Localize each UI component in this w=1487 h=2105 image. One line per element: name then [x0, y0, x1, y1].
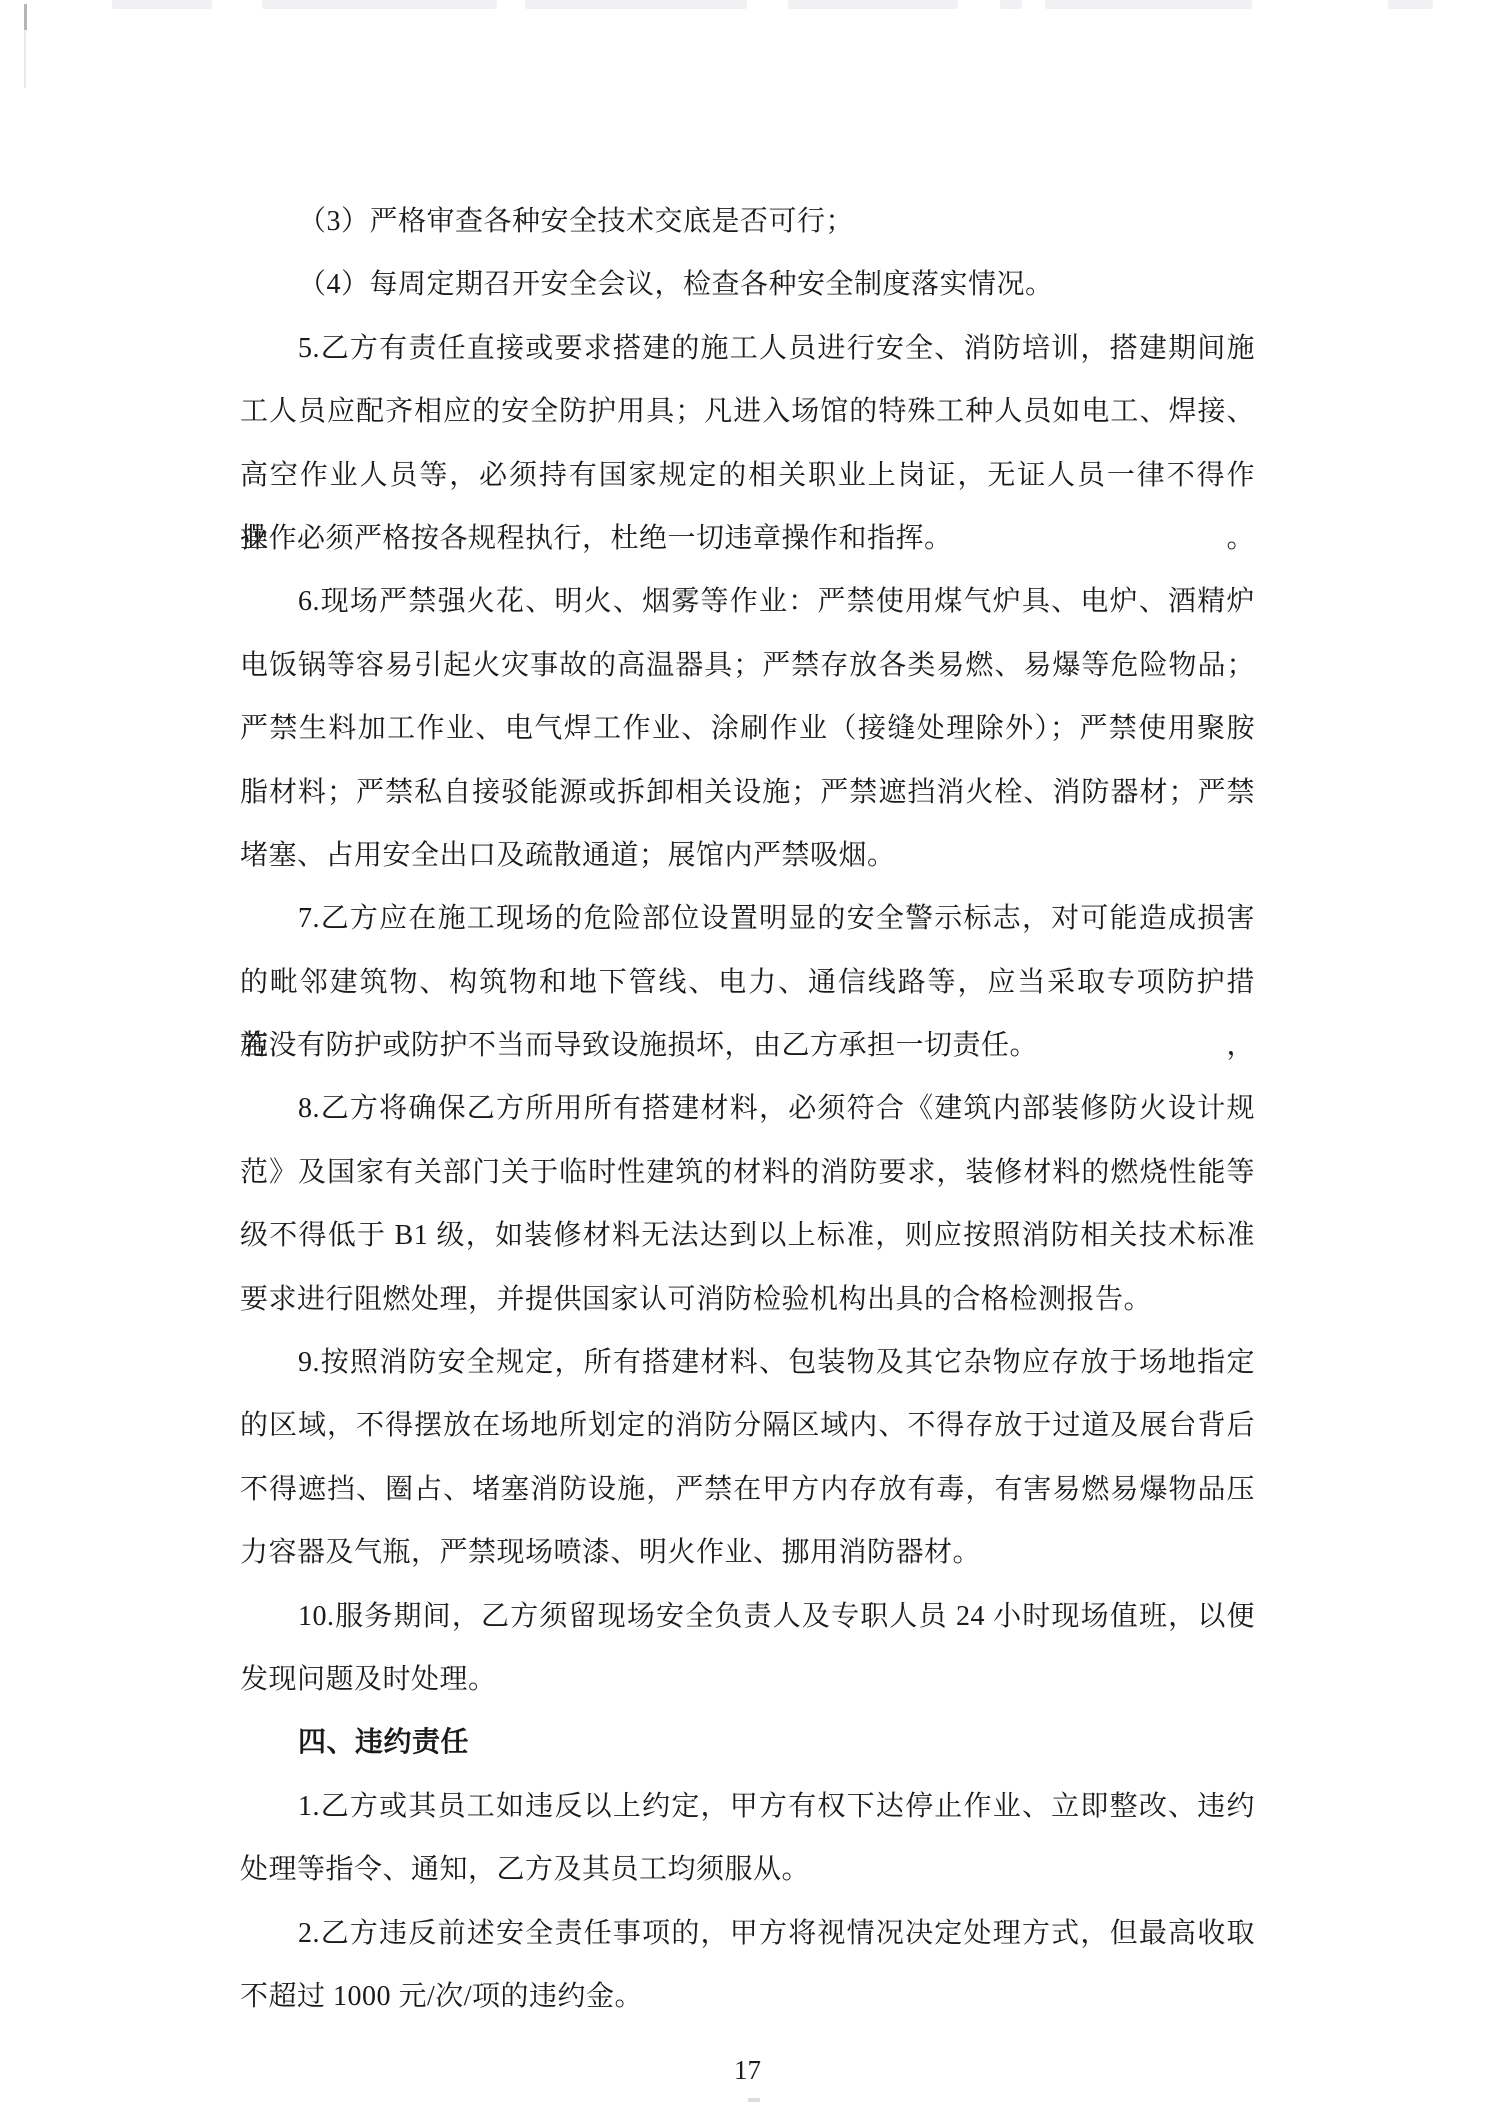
text-line: （4）每周定期召开安全会议，检查各种安全制度落实情况。: [240, 253, 1255, 316]
text-line: 级不得低于 B1 级，如装修材料无法达到以上标准，则应按照消防相关技术标准: [240, 1204, 1255, 1267]
text-line: 堵塞、占用安全出口及疏散通道；展馆内严禁吸烟。: [240, 824, 1255, 887]
text-line: 2.乙方违反前述安全责任事项的，甲方将视情况决定处理方式，但最高收取: [240, 1902, 1255, 1965]
scan-artifact-segment: [788, 0, 958, 9]
scan-artifact-segment: [1045, 0, 1252, 9]
text-line: 10.服务期间，乙方须留现场安全负责人及专职人员 24 小时现场值班，以便: [240, 1585, 1255, 1648]
text-line: 7.乙方应在施工现场的危险部位设置明显的安全警示标志，对可能造成损害: [240, 887, 1255, 950]
text-line: 1.乙方或其员工如违反以上约定，甲方有权下达停止作业、立即整改、违约: [240, 1775, 1255, 1838]
scan-artifact-tick: [24, 4, 27, 30]
text-line: 不超过 1000 元/次/项的违约金。: [240, 1965, 1255, 2028]
text-line: 的区域，不得摆放在场地所划定的消防分隔区域内、不得存放于过道及展台背后: [240, 1394, 1255, 1457]
text-line: 5.乙方有责任直接或要求搭建的施工人员进行安全、消防培训，搭建期间施: [240, 317, 1255, 380]
scan-artifact-mark: [748, 2098, 760, 2102]
text-line: 6.现场严禁强火花、明火、烟雾等作业：严禁使用煤气炉具、电炉、酒精炉: [240, 570, 1255, 633]
text-line: 脂材料；严禁私自接驳能源或拆卸相关设施；严禁遮挡消火栓、消防器材；严禁: [240, 761, 1255, 824]
scan-artifact-segment: [525, 0, 747, 9]
text-line: 9.按照消防安全规定，所有搭建材料、包装物及其它杂物应存放于场地指定: [240, 1331, 1255, 1394]
text-line: 电饭锅等容易引起火灾事故的高温器具；严禁存放各类易燃、易爆等危险物品；: [240, 634, 1255, 697]
scan-artifact-band: [0, 0, 1487, 14]
text-line: 的毗邻建筑物、构筑物和地下管线、电力、通信线路等，应当采取专项防护措施，: [240, 951, 1255, 1014]
text-line: 处理等指令、通知，乙方及其员工均须服从。: [240, 1838, 1255, 1901]
text-line: 不得遮挡、圈占、堵塞消防设施，严禁在甲方内存放有毒，有害易燃易爆物品压: [240, 1458, 1255, 1521]
text-line: 工人员应配齐相应的安全防护用具；凡进入场馆的特殊工种人员如电工、焊接、: [240, 380, 1255, 443]
text-line: 8.乙方将确保乙方所用所有搭建材料，必须符合《建筑内部装修防火设计规: [240, 1077, 1255, 1140]
text-line: 严禁生料加工作业、电气焊工作业、涂刷作业（接缝处理除外）；严禁使用聚胺: [240, 697, 1255, 760]
text-line: 范》及国家有关部门关于临时性建筑的材料的消防要求，装修材料的燃烧性能等: [240, 1141, 1255, 1204]
text-line: （3）严格审查各种安全技术交底是否可行；: [240, 190, 1255, 253]
scan-artifact-segment: [262, 0, 497, 9]
document-page: （3）严格审查各种安全技术交底是否可行； （4）每周定期召开安全会议，检查各种安…: [0, 0, 1487, 2105]
scan-artifact-tick: [24, 30, 26, 88]
scan-artifact-segment: [1000, 0, 1022, 9]
text-line: 要求进行阻燃处理，并提供国家认可消防检验机构出具的合格检测报告。: [240, 1268, 1255, 1331]
section-heading-breach-liability: 四、违约责任: [240, 1711, 1255, 1774]
scan-artifact-segment: [1388, 0, 1433, 9]
text-line: 高空作业人员等，必须持有国家规定的相关职业上岗证，无证人员一律不得作业。: [240, 444, 1255, 507]
text-line: 发现问题及时处理。: [240, 1648, 1255, 1711]
page-number: 17: [240, 2040, 1255, 2100]
contract-text-block: （3）严格审查各种安全技术交底是否可行； （4）每周定期召开安全会议，检查各种安…: [240, 190, 1255, 2028]
text-line: 力容器及气瓶，严禁现场喷漆、明火作业、挪用消防器材。: [240, 1521, 1255, 1584]
scan-artifact-segment: [112, 0, 212, 9]
